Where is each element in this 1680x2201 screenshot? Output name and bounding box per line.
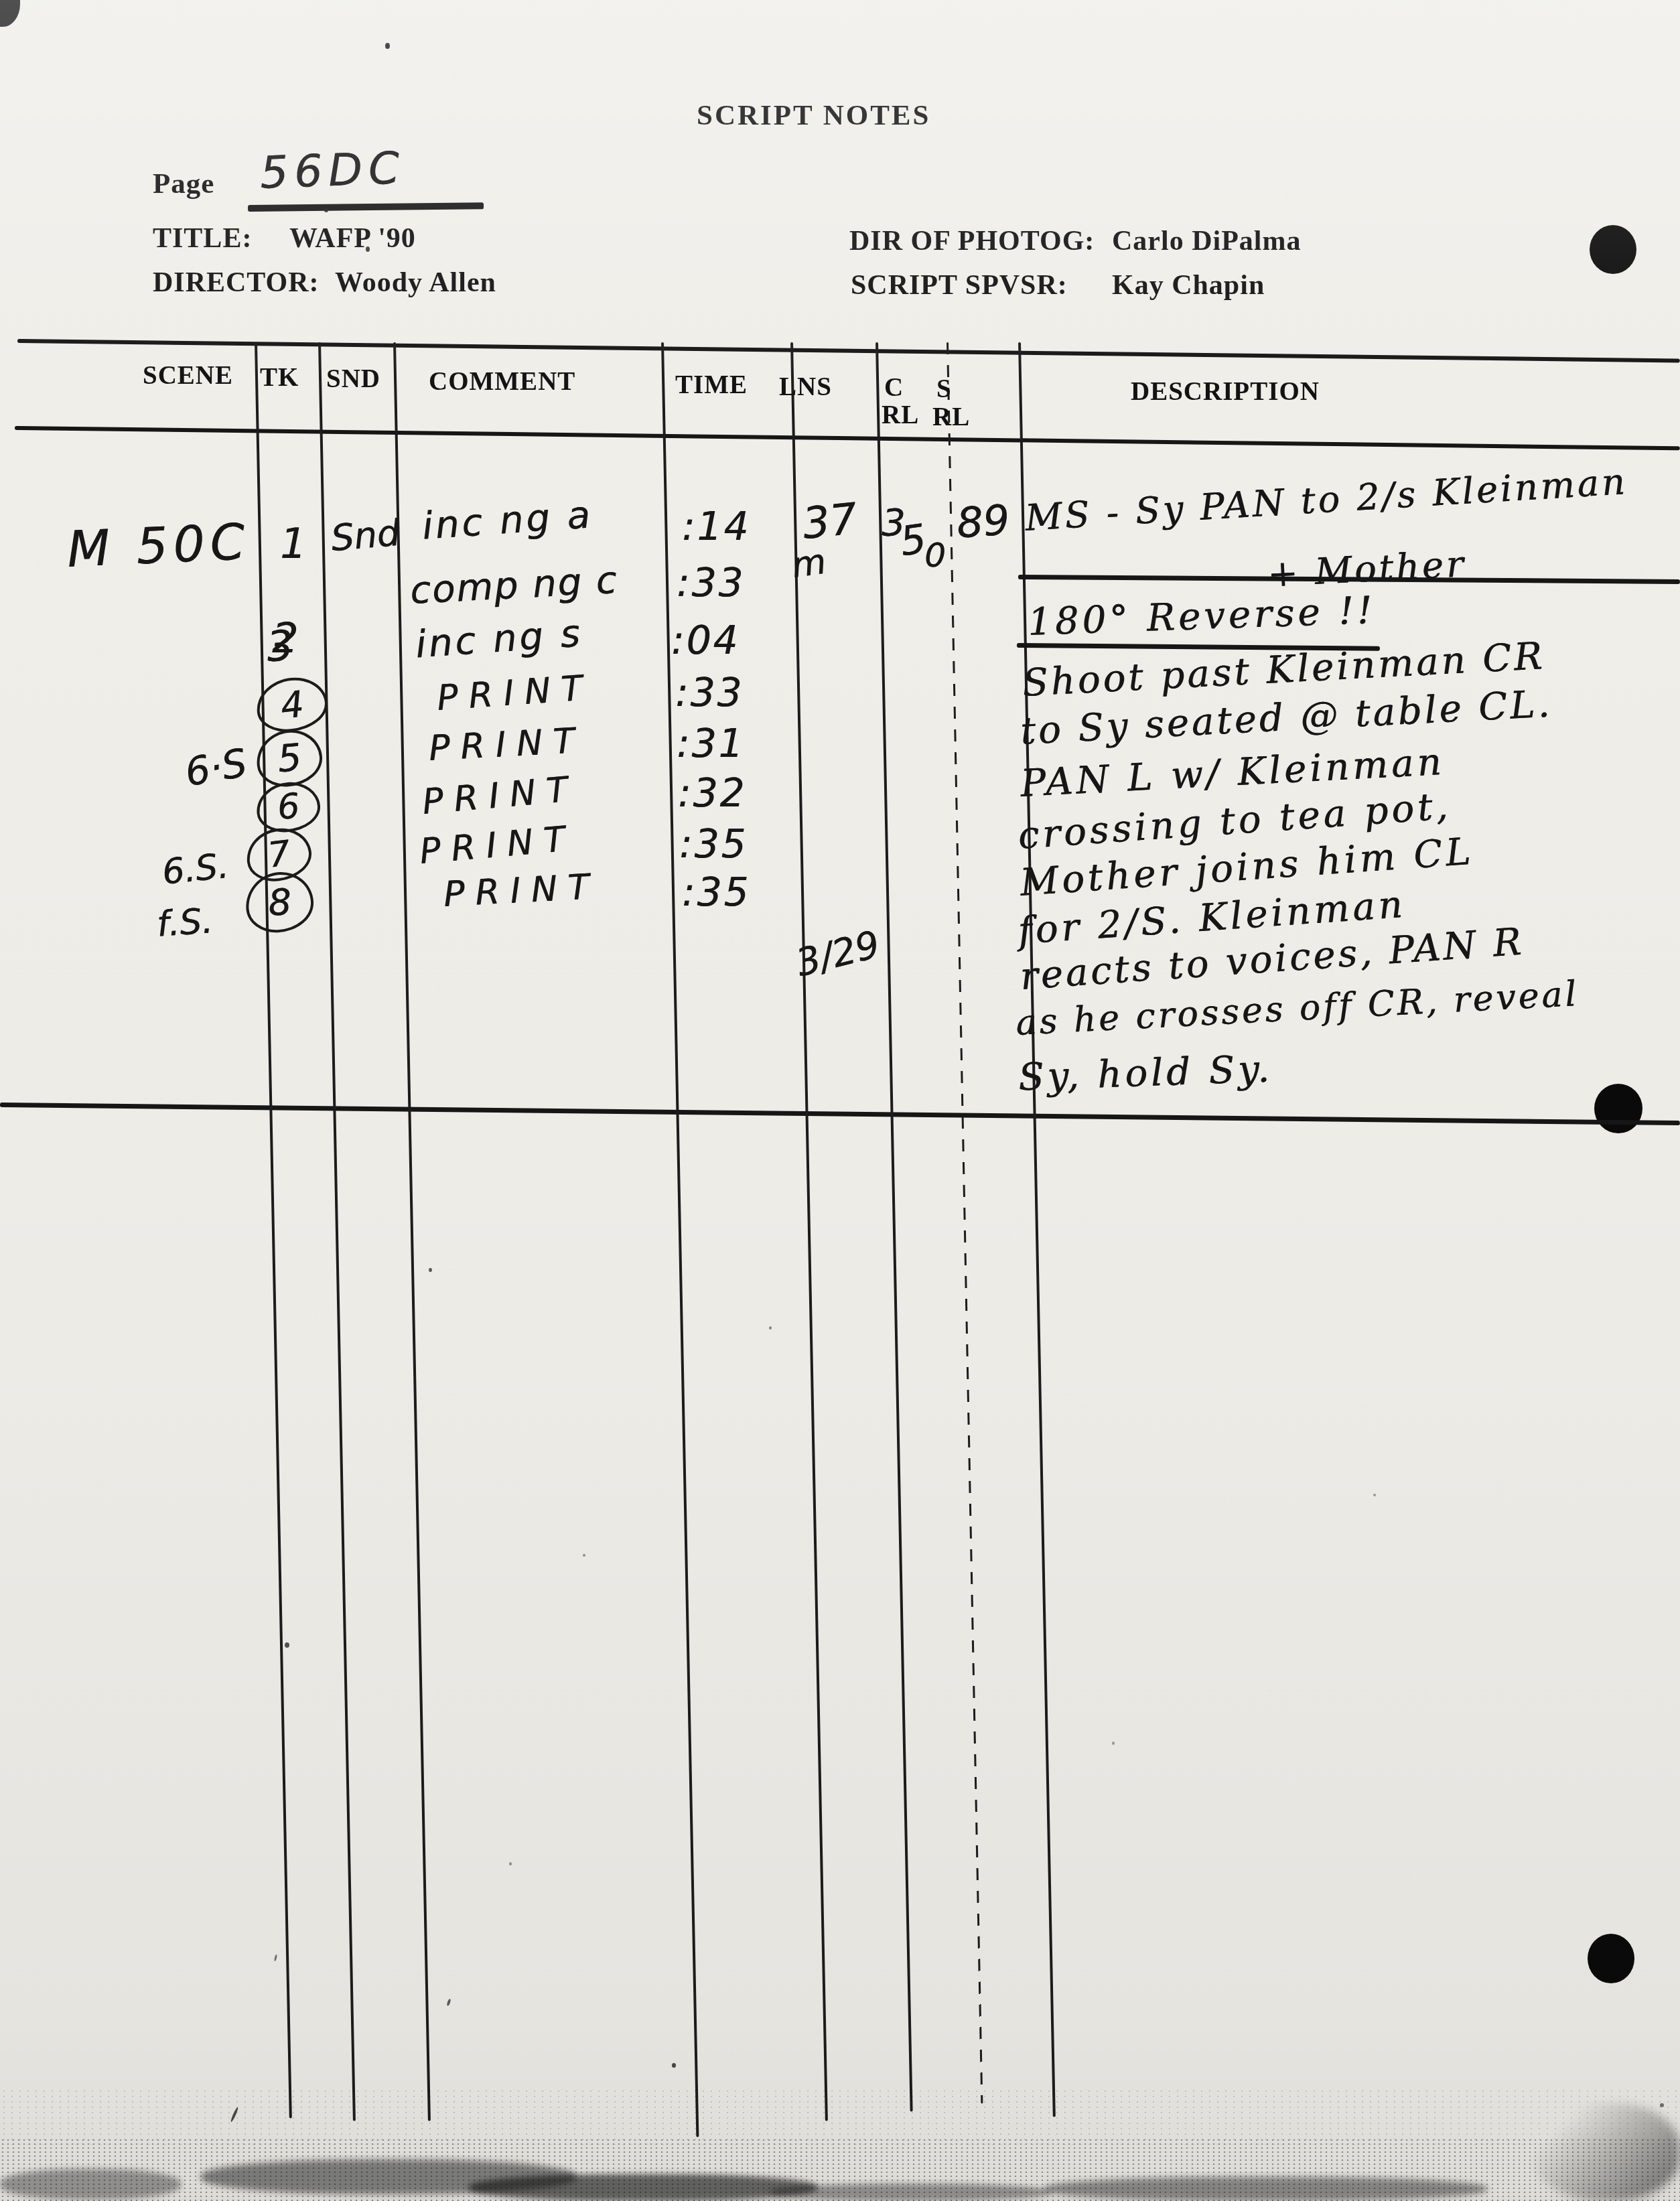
bottom-smudge — [0, 2169, 181, 2200]
spvsr-label: SCRIPT SPVSR: — [851, 269, 1068, 301]
col-line-time-lns — [790, 342, 828, 2121]
scan-speck — [672, 2063, 676, 2068]
take-number-8-circled: 8 — [244, 870, 316, 934]
scan-speck — [509, 1862, 512, 1865]
col-line-lns-crl — [876, 342, 913, 2112]
col-line-scene-tk — [255, 342, 292, 2119]
take-number-4-circled: 4 — [254, 674, 330, 735]
col-header-s-rl: RL — [932, 402, 970, 432]
paper-shading — [0, 0, 1680, 2201]
time-take-5: :31 — [677, 721, 745, 766]
page-number-underline — [248, 202, 484, 212]
col-line-crl-srl — [947, 342, 983, 2104]
scan-speck — [769, 1326, 772, 1330]
scan-speck — [385, 43, 390, 49]
take-number-4: 4 — [279, 683, 306, 727]
corner-smudge-bottom-right — [1534, 2103, 1680, 2201]
scan-speck — [1373, 1494, 1376, 1496]
comment-take-4: PRINT — [435, 668, 594, 719]
col-line-tk-snd — [318, 342, 356, 2121]
take-number-6: 6 — [276, 786, 301, 828]
take-number-8: 8 — [267, 881, 293, 924]
time-take-3: :04 — [671, 618, 740, 663]
scan-speck — [285, 1642, 289, 1648]
bottom-smudge — [770, 2184, 1052, 2201]
margin-mark-1: 6·S — [182, 740, 251, 796]
take-number-7: 7 — [265, 833, 292, 876]
header-top-rule — [17, 339, 1680, 362]
time-take-6: :32 — [678, 770, 746, 816]
paper-grain — [0, 0, 1680, 2201]
camera-roll-digit-3: 0 — [924, 536, 946, 575]
take-number-5: 5 — [275, 735, 303, 781]
time-take-4: :33 — [675, 670, 744, 715]
col-header-c-rl: RL — [882, 400, 919, 430]
header-bottom-rule — [15, 426, 1680, 450]
time-take-7: :35 — [679, 821, 748, 867]
description-line-12: Sy, hold Sy. — [1018, 1047, 1273, 1099]
col-header-description: DESCRIPTION — [1131, 376, 1320, 407]
scan-speck — [583, 1554, 585, 1557]
bottom-smudge — [1045, 2177, 1487, 2201]
col-header-scene: SCENE — [143, 360, 233, 390]
comment-take-7: PRINT — [418, 819, 577, 872]
time-take-2: :33 — [677, 560, 745, 606]
col-header-comment: COMMENT — [429, 366, 575, 397]
hole-punch-bottom — [1588, 1934, 1634, 1983]
col-header-time: TIME — [675, 370, 748, 400]
scan-speck — [446, 1999, 451, 2007]
scan-speck — [324, 208, 328, 212]
time-take-1: :14 — [682, 504, 750, 549]
margin-mark-3: f.S. — [155, 901, 214, 945]
comment-take-6: PRINT — [421, 769, 580, 823]
script-notes-scan: SCRIPT NOTES Page 56DC TITLE: WAFP '90 D… — [0, 0, 1680, 2201]
bottom-smudge — [469, 2174, 817, 2201]
lns-date: 3/29 — [792, 923, 884, 985]
spvsr-value: Kay Chapin — [1112, 269, 1265, 301]
scan-speck — [274, 1955, 277, 1961]
bottom-smudge — [201, 2159, 576, 2194]
lns-count: 37 — [800, 494, 859, 549]
bottom-speckle-band-dense — [0, 2138, 1680, 2201]
take-number-3: 3 — [265, 621, 295, 672]
scene-number: M 50C — [66, 513, 251, 579]
director-value: Woody Allen — [335, 267, 496, 299]
title-value: WAFP '90 — [289, 222, 416, 255]
take-number-1: 1 — [280, 519, 306, 568]
col-header-lns: LNS — [779, 372, 832, 402]
comment-take-2: comp ng c — [409, 559, 620, 613]
col-header-snd: SND — [326, 364, 380, 394]
lns-mark: m — [789, 542, 829, 586]
corner-scan-mark — [0, 0, 20, 27]
photog-label: DIR OF PHOTOG: — [849, 225, 1095, 257]
scan-speck — [230, 2107, 238, 2123]
page-field-label: Page — [153, 167, 214, 200]
snd-mark: Snd — [329, 512, 401, 560]
col-header-tk: TK — [260, 362, 299, 393]
col-header-s: S — [936, 374, 952, 404]
scan-speck — [366, 246, 370, 252]
page-title: SCRIPT NOTES — [697, 99, 930, 132]
description-line-2: + Mother — [1267, 543, 1467, 595]
description-line-1: MS - Sy PAN to 2/s Kleinman — [1024, 460, 1628, 539]
bottom-speckle-band-light — [0, 2088, 1680, 2145]
scan-speck — [429, 1268, 432, 1272]
hole-punch-top — [1590, 225, 1636, 274]
comment-take-8: PRINT — [443, 867, 601, 915]
scan-speck — [1112, 1742, 1115, 1745]
notes-end-rule — [0, 1103, 1680, 1125]
page-number-handwritten: 56DC — [259, 142, 406, 199]
col-header-c: C — [884, 372, 904, 403]
description-line-3: 180° Reverse !! — [1027, 589, 1376, 644]
director-label: DIRECTOR: — [153, 267, 320, 299]
time-take-8: :35 — [682, 869, 750, 915]
sound-roll: 89 — [955, 495, 1011, 547]
hole-punch-middle — [1594, 1084, 1642, 1133]
comment-take-5: PRINT — [428, 721, 586, 769]
margin-mark-2: 6.S. — [160, 846, 230, 893]
scan-speck — [1660, 2103, 1664, 2107]
comment-take-3: inc ng s — [414, 612, 584, 666]
col-line-comment-time — [661, 342, 699, 2137]
photog-value: Carlo DiPalma — [1112, 225, 1301, 257]
title-label: TITLE: — [153, 222, 252, 255]
comment-take-1: inc ng a — [421, 493, 594, 549]
